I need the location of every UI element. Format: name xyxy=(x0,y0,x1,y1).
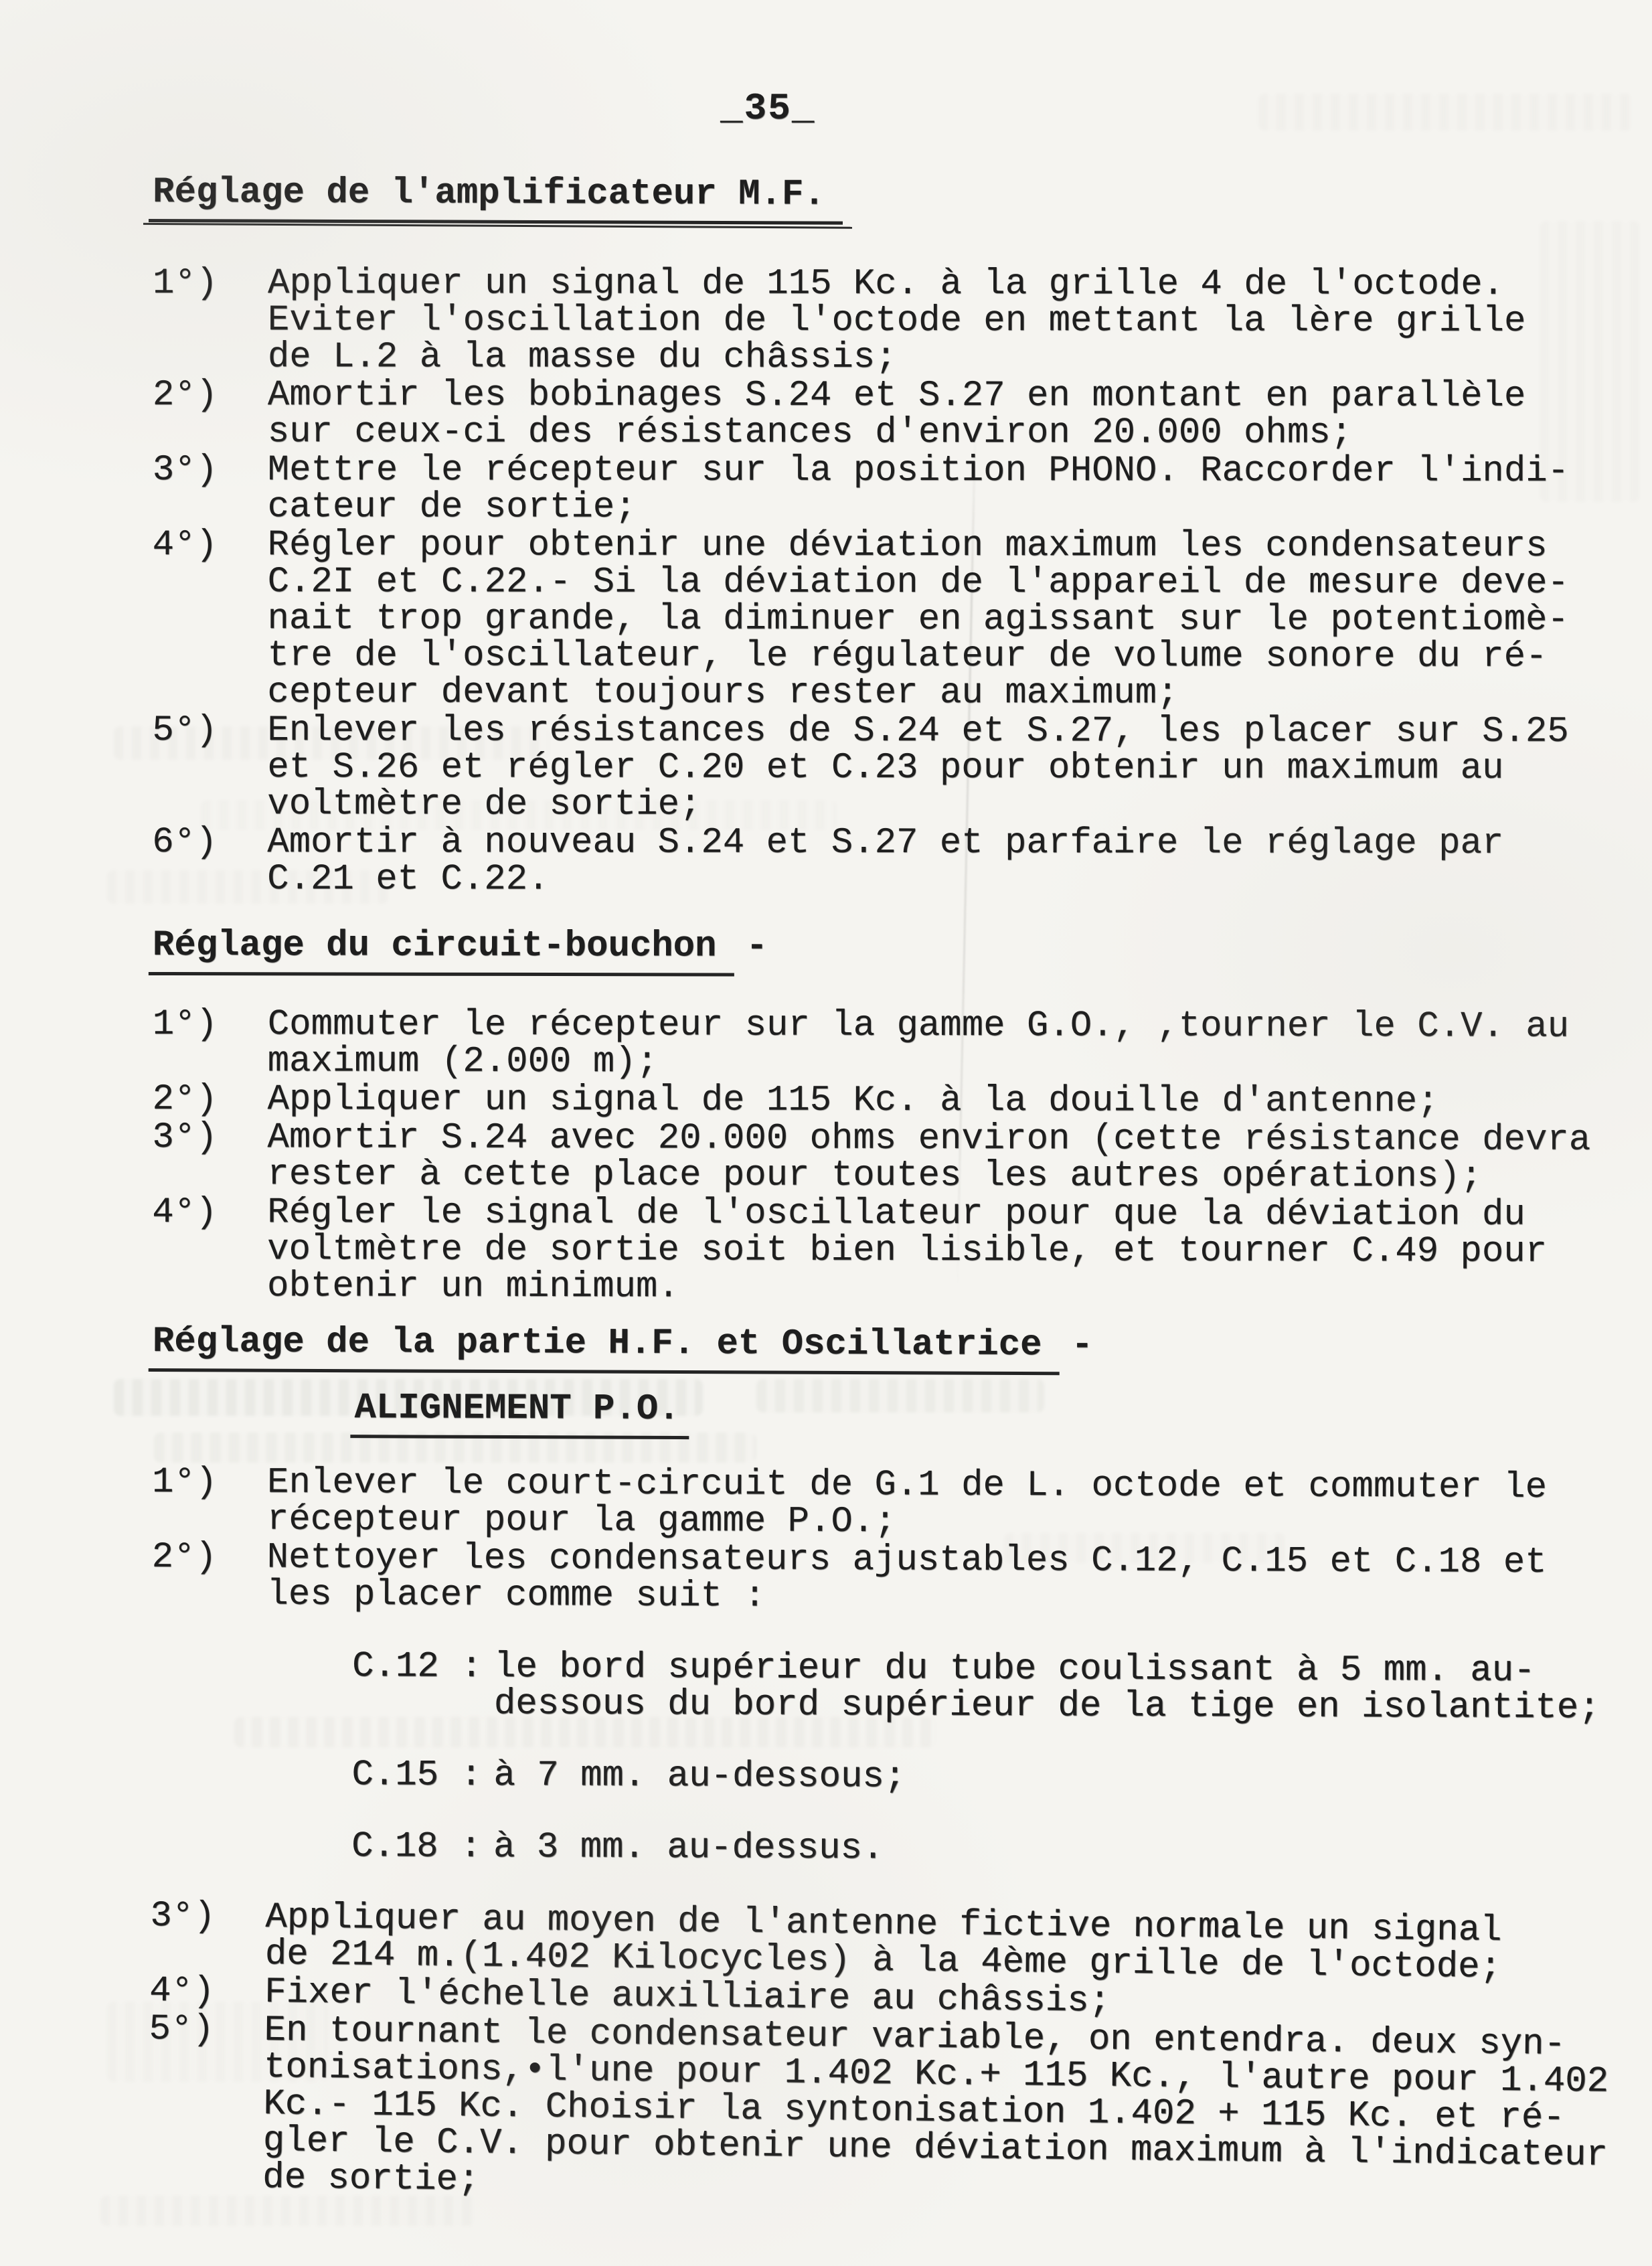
subsection-heading: ALIGNEMENT P.O. xyxy=(354,1390,1651,1443)
text-line: sur ceux-ci des résistances d'environ 20… xyxy=(268,414,1526,452)
item-number: 4°) xyxy=(152,527,267,711)
text-line: Eviter l'oscillation de l'octode en mett… xyxy=(268,302,1526,340)
text-line: cepteur devant toujours rester au maximu… xyxy=(267,674,1568,712)
spec-text: le bord supérieur du tube coulissant à 5… xyxy=(494,1649,1600,1726)
item-number: 2°) xyxy=(153,1081,268,1118)
list-item: 3°) Mettre le récepteur sur la position … xyxy=(153,452,1652,527)
text-line: rester à cette place pour toutes les aut… xyxy=(267,1156,1590,1195)
spec-label: C.18 : xyxy=(351,1828,493,1866)
numbered-list: 1°) Appliquer un signal de 115 Kc. à la … xyxy=(152,265,1652,899)
heading-dash: - xyxy=(1071,1327,1093,1364)
text-line: C.2I et C.22.- Si la déviation de l'appa… xyxy=(268,564,1569,602)
item-number: 1°) xyxy=(153,1006,268,1080)
item-number: 5°) xyxy=(147,2011,264,2196)
text-line: récepteur pour la gamme P.O.; xyxy=(267,1502,1547,1543)
text-line: C.21 et C.22. xyxy=(267,861,1503,899)
item-number: 3°) xyxy=(153,452,268,525)
item-text: Commuter le récepteur sur la gamme G.O.,… xyxy=(268,1006,1570,1082)
text-line: Amortir S.24 avec 20.000 ohms environ (c… xyxy=(267,1119,1590,1158)
section-heading: Réglage de l'amplificateur M.F. xyxy=(153,174,1652,228)
text-line: Appliquer un signal de 115 Kc. à la doui… xyxy=(268,1081,1439,1120)
text-line: Commuter le récepteur sur la gamme G.O.,… xyxy=(268,1006,1569,1045)
text-line: Appliquer un signal de 115 Kc. à la gril… xyxy=(268,265,1526,303)
spec-item: C.18 : à 3 mm. au-dessus. xyxy=(351,1828,1650,1870)
list-item: 4°) Régler pour obtenir une déviation ma… xyxy=(152,527,1651,712)
item-number: 4°) xyxy=(149,1973,265,2011)
heading-dash: - xyxy=(746,928,768,965)
item-number: 2°) xyxy=(151,1539,266,1613)
scanned-document: { "page": { "number": "_35_" }, "colors"… xyxy=(0,0,1652,2266)
item-text: Appliquer un signal de 115 Kc. à la doui… xyxy=(268,1081,1439,1120)
section-heading-text: Réglage de la partie H.F. et Oscillatric… xyxy=(149,1323,1060,1375)
spec-label: C.12 : xyxy=(352,1648,494,1722)
text-line: Régler pour obtenir une déviation maximu… xyxy=(268,527,1569,565)
list-item: 1°) Commuter le récepteur sur la gamme G… xyxy=(153,1006,1652,1082)
spec-label: C.15 : xyxy=(351,1757,493,1794)
text-line: Régler le signal de l'oscillateur pour q… xyxy=(267,1194,1547,1233)
text-line: voltmètre de sortie; xyxy=(267,786,1568,824)
numbered-list: 1°) Enlever le court-circuit de G.1 de L… xyxy=(151,1464,1651,1619)
text-line: et S.26 et régler C.20 et C.23 pour obte… xyxy=(267,749,1568,787)
text-line: à 7 mm. au-dessous; xyxy=(493,1757,906,1795)
section-hf-oscillatrice: Réglage de la partie H.F. et Oscillatric… xyxy=(149,1323,1652,2201)
item-text: Nettoyer les condensateurs ajustables C.… xyxy=(266,1540,1546,1618)
item-text: Amortir à nouveau S.24 et S.27 et parfai… xyxy=(267,824,1503,899)
list-item: 1°) Enlever le court-circuit de G.1 de L… xyxy=(152,1464,1651,1544)
text-line: tre de l'oscillateur, le régulateur de v… xyxy=(267,637,1568,675)
list-item: 3°) Amortir S.24 avec 20.000 ohms enviro… xyxy=(152,1119,1651,1196)
spec-item: C.15 : à 7 mm. au-dessous; xyxy=(351,1757,1650,1798)
section-heading-text: Réglage de l'amplificateur M.F. xyxy=(149,174,843,225)
text-line: Amortir les bobinages S.24 et S.27 en mo… xyxy=(268,377,1526,415)
item-number: 3°) xyxy=(150,1898,266,1973)
item-text: Appliquer un signal de 115 Kc. à la gril… xyxy=(268,265,1526,377)
item-text: En tournant le condensateur variable, on… xyxy=(262,2012,1609,2211)
text-line: à 3 mm. au-dessus. xyxy=(493,1829,884,1867)
section-amplificateur-mf: Réglage de l'amplificateur M.F. 1°) Appl… xyxy=(153,174,1652,898)
capacitor-spec-list: C.12 : le bord supérieur du tube couliss… xyxy=(351,1648,1651,1870)
numbered-list: 3°) Appliquer au moyen de l'antenne fict… xyxy=(147,1898,1650,2211)
text-line: maximum (2.000 m); xyxy=(268,1043,1569,1082)
section-heading-text: Réglage du circuit-bouchon xyxy=(149,927,734,977)
item-number: 1°) xyxy=(152,1464,267,1538)
page-number: _35_ xyxy=(720,87,1652,130)
subsection-heading-text: ALIGNEMENT P.O. xyxy=(350,1390,689,1439)
list-item: 4°) Régler le signal de l'oscillateur po… xyxy=(152,1194,1651,1307)
text-line: les placer comme suit : xyxy=(266,1576,1546,1618)
item-text: Régler pour obtenir une déviation maximu… xyxy=(267,527,1569,712)
spec-item: C.12 : le bord supérieur du tube couliss… xyxy=(352,1648,1651,1726)
item-text: Amortir S.24 avec 20.000 ohms environ (c… xyxy=(267,1119,1590,1195)
text-line: Amortir à nouveau S.24 et S.27 et parfai… xyxy=(267,824,1503,862)
item-text: Amortir les bobinages S.24 et S.27 en mo… xyxy=(268,377,1526,452)
list-item: 2°) Appliquer un signal de 115 Kc. à la … xyxy=(153,1081,1652,1121)
list-item: 5°) Enlever les résistances de S.24 et S… xyxy=(152,712,1651,824)
item-text: Enlever les résistances de S.24 et S.27,… xyxy=(267,712,1568,824)
item-number: 3°) xyxy=(152,1119,267,1193)
section-heading: Réglage du circuit-bouchon- xyxy=(153,927,1652,978)
text-line: obtenir un minimum. xyxy=(267,1268,1547,1307)
text-line: de L.2 à la masse du châssis; xyxy=(268,339,1526,377)
item-text: Régler le signal de l'oscillateur pour q… xyxy=(267,1194,1547,1307)
list-item: 2°) Amortir les bobinages S.24 et S.27 e… xyxy=(153,377,1652,452)
list-item: 2°) Nettoyer les condensateurs ajustable… xyxy=(151,1539,1651,1619)
item-text: Enlever le court-circuit de G.1 de L. oc… xyxy=(267,1465,1547,1543)
text-line: cateur de sortie; xyxy=(268,489,1569,527)
text-line: dessous du bord supérieur de la tige en … xyxy=(494,1686,1600,1726)
item-text: Appliquer au moyen de l'antenne fictive … xyxy=(265,1899,1502,1986)
list-item: 5°) En tournant le condensateur variable… xyxy=(147,2011,1649,2211)
text-line: Enlever les résistances de S.24 et S.27,… xyxy=(267,712,1568,750)
text-line: voltmètre de sortie soit bien lisible, e… xyxy=(267,1231,1547,1270)
item-number: 1°) xyxy=(153,265,268,376)
item-number: 5°) xyxy=(152,712,267,823)
text-line: nait trop grande, la diminuer en agissan… xyxy=(268,600,1569,639)
spec-text: à 3 mm. au-dessus. xyxy=(493,1829,884,1867)
item-number: 2°) xyxy=(153,377,268,451)
list-item: 6°) Amortir à nouveau S.24 et S.27 et pa… xyxy=(152,824,1651,899)
section-circuit-bouchon: Réglage du circuit-bouchon- 1°) Commuter… xyxy=(152,927,1652,1307)
spec-text: à 7 mm. au-dessous; xyxy=(493,1757,906,1795)
item-number: 4°) xyxy=(152,1194,267,1305)
item-number: 6°) xyxy=(152,824,267,898)
document-page: _35_ Réglage de l'amplificateur M.F. 1°)… xyxy=(0,0,1652,2266)
numbered-list: 1°) Commuter le récepteur sur la gamme G… xyxy=(152,1006,1652,1307)
item-text: Mettre le récepteur sur la position PHON… xyxy=(268,452,1569,527)
text-line: Mettre le récepteur sur la position PHON… xyxy=(268,452,1569,490)
section-heading: Réglage de la partie H.F. et Oscillatric… xyxy=(153,1323,1652,1378)
list-item: 1°) Appliquer un signal de 115 Kc. à la … xyxy=(153,265,1652,377)
